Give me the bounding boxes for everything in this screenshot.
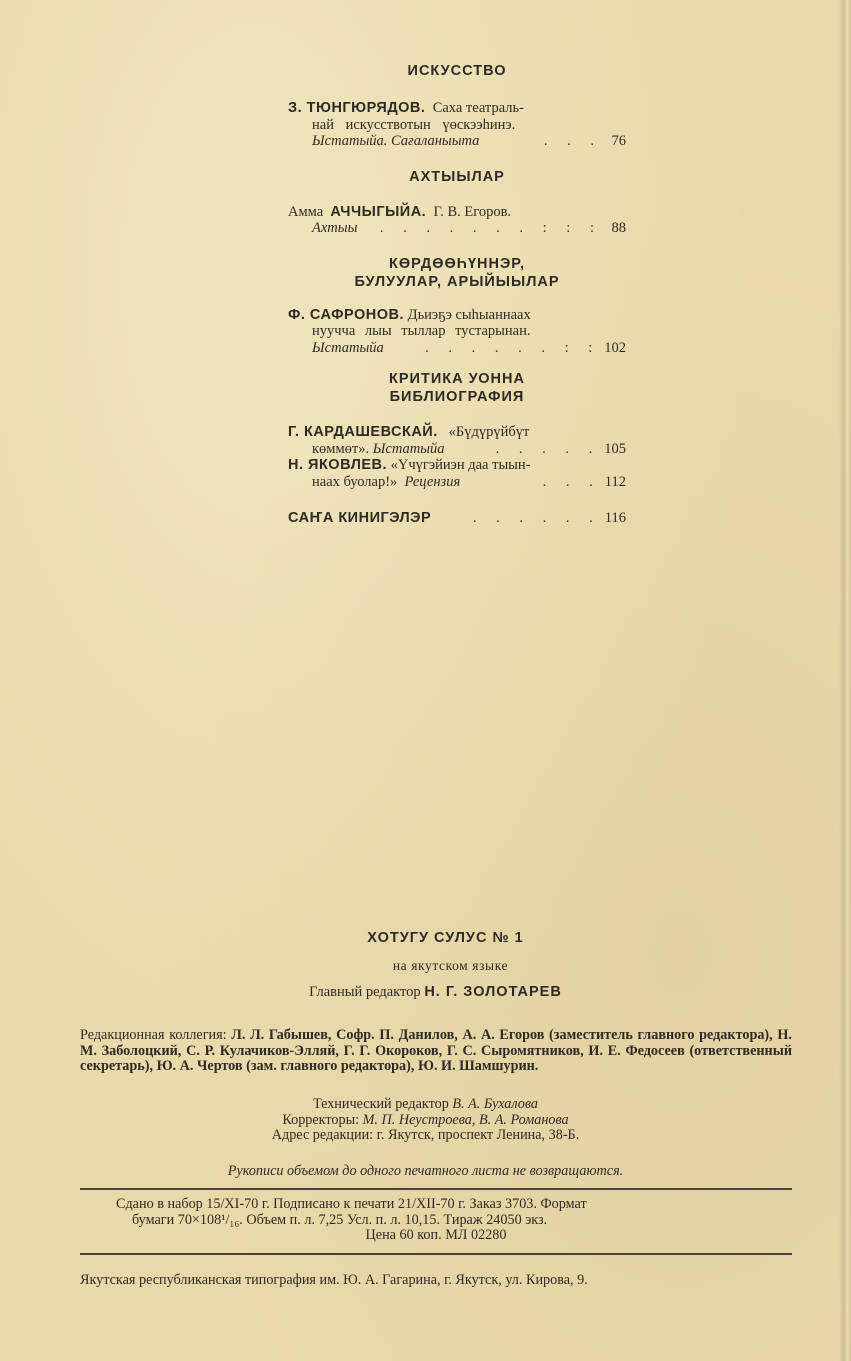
section-heading: АХТЫЫЛАР	[288, 168, 626, 186]
correctors-label: Корректоры:	[282, 1112, 359, 1128]
page-number: 116	[605, 510, 626, 527]
chief-editor: Главный редактор Н. Г. ЗОЛОТАРЕВ	[20, 984, 851, 1001]
entry-author: Г. КАРДАШЕВСКАЙ.	[288, 424, 438, 440]
page-number: 112	[605, 474, 626, 491]
entry-author: З. ТЮНГЮРЯДОВ.	[288, 100, 425, 116]
tech-editor-label: Технический редактор	[313, 1096, 449, 1112]
print-line: Сдано в набор 15/XI-70 г. Подписано к пе…	[80, 1197, 792, 1213]
entry-title: «Бүдүрүйбүт	[449, 424, 530, 440]
section-heading: ИСКУССТВО	[288, 62, 626, 80]
entry-title: Дьиэҕэ сыһыаннаах	[408, 307, 531, 323]
entry-author: Н. ЯКОВЛЕВ.	[288, 457, 387, 473]
entry-title-cont: нуучча лыы тыллар тустарынан.	[312, 323, 530, 340]
toc-entry: Амма АЧЧЫГЫЙА. Г. В. Егоров. Ахтыы. . . …	[288, 204, 626, 237]
entry-title-cont: най искусствотын үөскээһинэ.	[312, 117, 515, 134]
entry-genre: Ыстатыйа	[312, 340, 384, 357]
table-of-contents: ИСКУССТВО З. ТЮНГЮРЯДОВ. Саха театраль- …	[288, 62, 626, 527]
editorial-board-label: Редакционная коллегия:	[80, 1027, 227, 1043]
entry-genre: Ыстатыйа	[373, 441, 445, 457]
entry-title-cont: көммөт».	[312, 441, 373, 457]
correctors: Корректоры: М. П. Неустроева, В. А. Рома…	[0, 1113, 851, 1129]
entry-author: АЧЧЫГЫЙА.	[330, 204, 426, 220]
entry-prefix: Амма	[288, 204, 323, 220]
entry-genre: Ыстатыйа. Сағаланыыта	[312, 133, 479, 150]
section-heading: САҤА КИНИГЭЛЭР	[288, 510, 431, 527]
tech-editor: Технический редактор В. А. Бухалова	[0, 1097, 851, 1113]
correctors-names: М. П. Неустроева, В. А. Романова	[363, 1112, 569, 1128]
page-number: 102	[604, 340, 626, 357]
entry-title: «Үчүгэйиэн даа тыын-	[391, 457, 531, 473]
print-line: Цена 60 коп. МЛ 02280	[80, 1228, 792, 1244]
entry-author: Ф. САФРОНОВ.	[288, 307, 404, 323]
editorial-board: Редакционная коллегия: Л. Л. Габышев, Со…	[80, 1028, 792, 1075]
toc-entry: Н. ЯКОВЛЕВ. «Үчүгэйиэн даа тыын- наах бу…	[288, 457, 626, 490]
page-number: 88	[606, 220, 626, 237]
section-heading-line2: БУЛУУЛАР, АРЫЙЫЫЛАР	[288, 273, 626, 291]
page-edge	[839, 0, 851, 1361]
print-line: бумаги 70×108¹/₁₆. Объем п. л. 7,25 Усл.…	[80, 1213, 792, 1229]
toc-entry: Ф. САФРОНОВ. Дьиэҕэ сыһыаннаах нуучча лы…	[288, 307, 626, 357]
page-number: 76	[606, 133, 626, 150]
divider	[80, 1188, 792, 1190]
toc-entry: З. ТЮНГЮРЯДОВ. Саха театраль- най искусс…	[288, 100, 626, 150]
address: Адрес редакции: г. Якутск, проспект Лени…	[0, 1128, 851, 1144]
imprint: ХОТУГУ СУЛУС № 1 на якутском языке Главн…	[0, 930, 851, 1001]
tech-editor-name: В. А. Бухалова	[452, 1096, 538, 1112]
entry-title: Саха театраль-	[433, 100, 524, 116]
language-note: на якутском языке	[50, 958, 851, 974]
toc-entry: Г. КАРДАШЕВСКАЙ. «Бүдүрүйбүт көммөт». Ыс…	[288, 424, 626, 457]
chief-editor-name: Н. Г. ЗОЛОТАРЕВ	[424, 984, 562, 1000]
page-number: 105	[604, 441, 626, 458]
staff-block: Технический редактор В. А. Бухалова Корр…	[0, 1097, 851, 1144]
entry-title: Г. В. Егоров.	[433, 204, 511, 220]
section-heading: КРИТИКА УОННА	[288, 370, 626, 388]
manuscripts-note: Рукописи объемом до одного печатного лис…	[0, 1163, 851, 1180]
chief-editor-label: Главный редактор	[309, 984, 421, 1000]
print-details: Сдано в набор 15/XI-70 г. Подписано к пе…	[80, 1197, 792, 1244]
divider	[80, 1253, 792, 1255]
entry-genre: Ахтыы	[312, 220, 357, 237]
printer-info: Якутская республиканская типография им. …	[80, 1272, 792, 1289]
section-heading-line2: БИБЛИОГРАФИЯ	[288, 388, 626, 406]
entry-genre: Рецензия	[405, 474, 461, 490]
journal-title: ХОТУГУ СУЛУС № 1	[40, 930, 851, 946]
section-heading: КӨРДӨӨҺҮННЭР,	[288, 255, 626, 273]
entry-title-cont: наах буолар!»	[312, 474, 397, 490]
toc-entry: САҤА КИНИГЭЛЭР. . . . . .116	[288, 510, 626, 527]
